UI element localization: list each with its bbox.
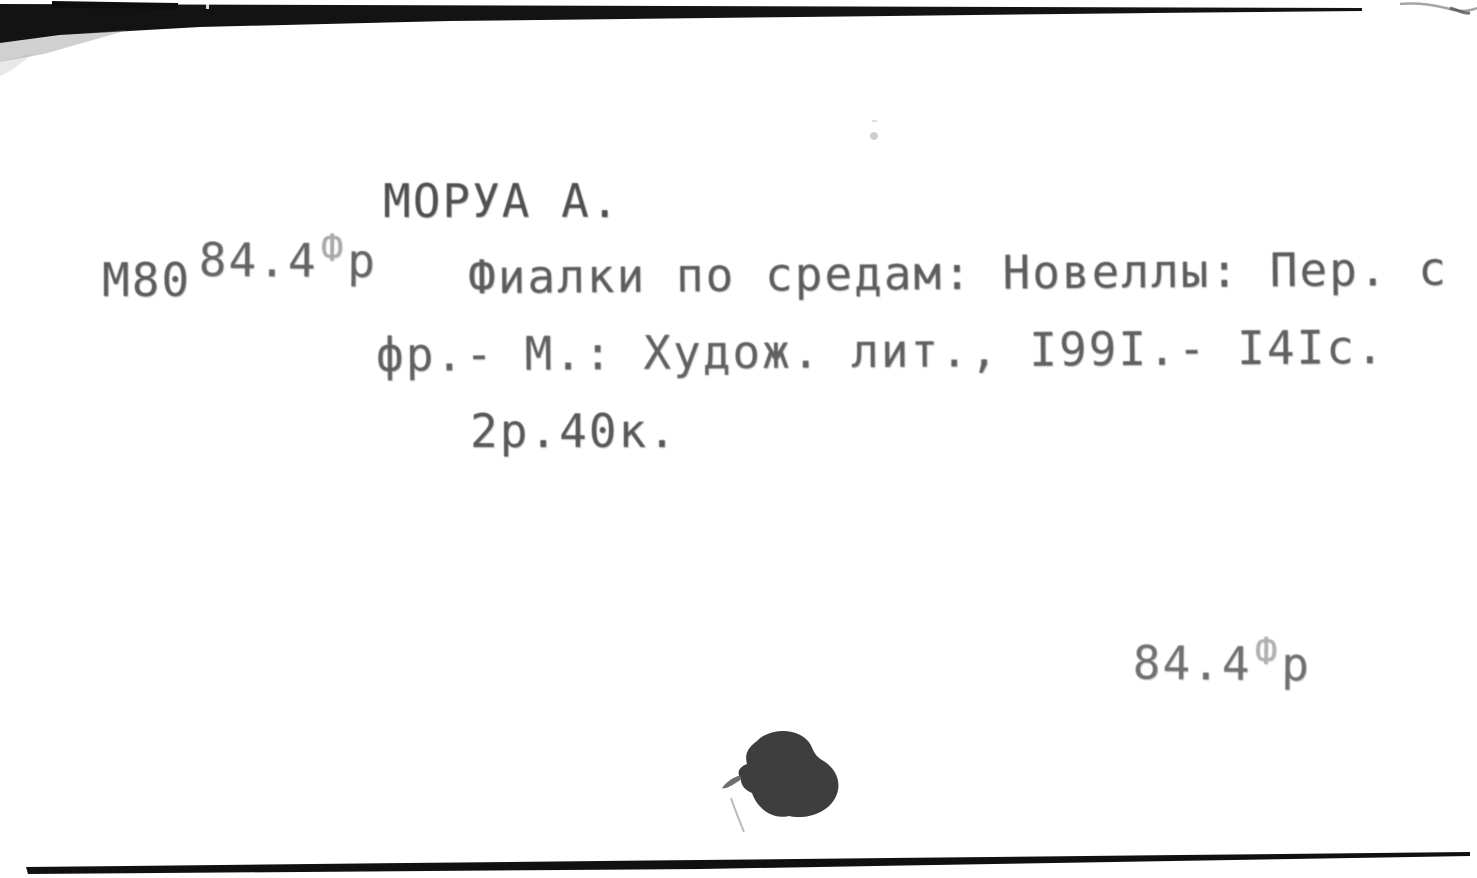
scan-edge-bottom-band: [26, 852, 1470, 874]
scan-edge-top-fade: [0, 30, 128, 62]
call-number-prefix: 84.4: [199, 233, 318, 288]
paper-speck-2: [872, 120, 877, 122]
scan-band-notch: [206, 0, 209, 9]
author-sign: М80: [102, 257, 191, 303]
paper-speck: [870, 132, 878, 140]
catalog-card-scan: 84.4Фр М80 МОРУА А. Фиалки по средам: Но…: [0, 0, 1477, 878]
call-number-superscript: Ф: [320, 229, 345, 267]
scan-edge-top-right-hook: [1450, 8, 1470, 13]
call-number-bottom-prefix: 84.4: [1133, 636, 1252, 691]
description-line-1: Фиалки по средам: Новеллы: Пер. с: [468, 246, 1448, 301]
ink-blot: [739, 731, 839, 817]
price: 2р.40к.: [470, 408, 678, 454]
scan-edge-top-cap: [52, 1, 178, 9]
ink-blot-tail: [722, 775, 742, 788]
author-heading: МОРУА А.: [383, 178, 621, 224]
ink-blot-scratch: [731, 798, 744, 832]
description-line-2: фр.- М.: Худож. лит., I99I.- I4Iс.: [376, 324, 1386, 378]
call-number-suffix: р: [347, 234, 377, 288]
scan-edge-top-fade-2: [0, 53, 34, 76]
scan-artifacts-layer: [0, 0, 1477, 878]
scan-edge-top-band: [0, 4, 1362, 43]
call-number-bottom-suffix: р: [1281, 637, 1311, 691]
call-number-bottom: 84.4Фр: [1013, 592, 1311, 733]
scan-edge-top-right-mark: [1400, 3, 1477, 10]
call-number-bottom-superscript: Ф: [1254, 632, 1279, 670]
